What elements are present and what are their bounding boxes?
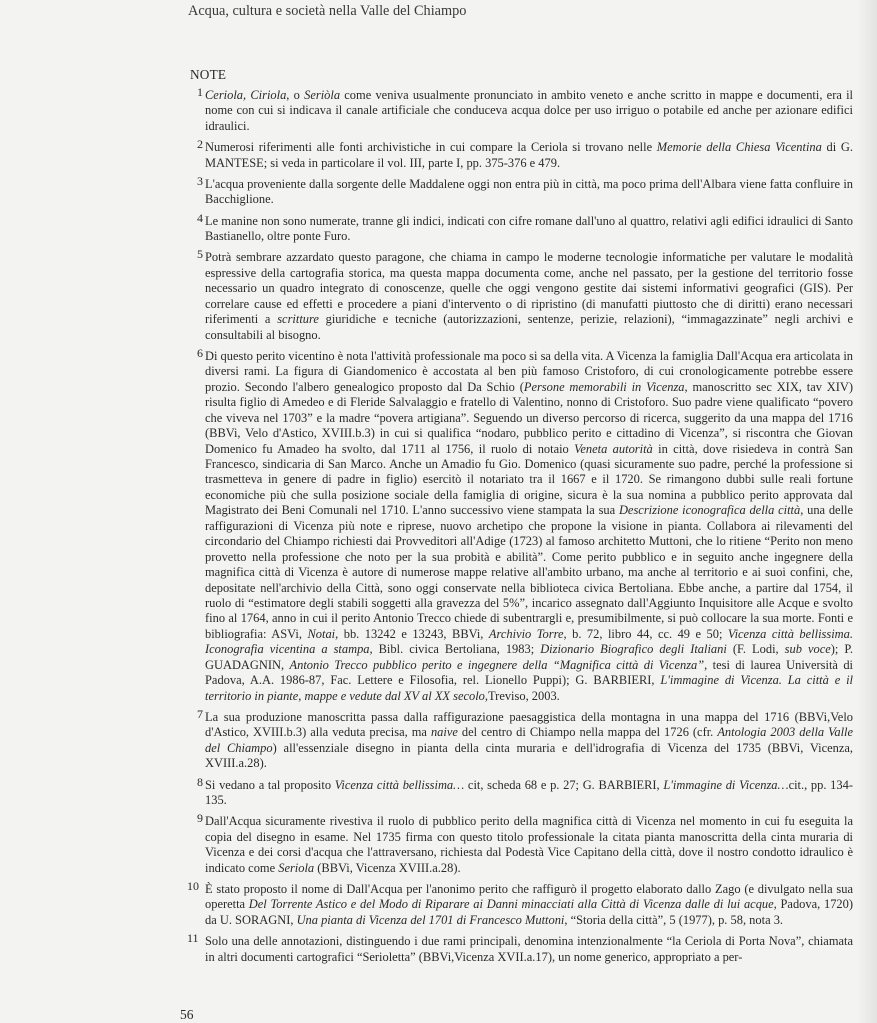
footnote-text: Dall'Acqua sicuramente rivestiva il ruol…	[205, 814, 853, 874]
page-number: 56	[180, 1007, 194, 1023]
footnote-5: 5Potrà sembrare azzardato questo paragon…	[190, 250, 853, 343]
italic-text: scritture	[277, 312, 319, 326]
page-edge-shadow	[857, 0, 877, 1023]
footnote-7: 7La sua produzione manoscritta passa dal…	[190, 710, 853, 772]
italic-text: Veneta autorità	[574, 442, 653, 456]
footnote-text: Solo una delle annotazioni, distinguendo…	[205, 934, 853, 963]
footnote-number: 5	[197, 248, 203, 260]
footnote-text: Potrà sembrare azzardato questo paragone…	[205, 250, 853, 341]
footnote-2: 2Numerosi riferimenti alle fonti archivi…	[190, 140, 853, 171]
text-segment: del centro di Chiampo nella mappa del 17…	[458, 725, 717, 739]
text-segment: cit, scheda 68 e p. 27; G. BARBIERI,	[464, 778, 663, 792]
italic-text: Una pianta di Vicenza del 1701 di France…	[297, 913, 565, 927]
italic-text: Del Torrente Astico e del Modo di Ripara…	[249, 897, 774, 911]
footnote-number: 7	[197, 708, 203, 720]
italic-text: Archivio Torre	[489, 627, 564, 641]
italic-text: L'immagine di Vicenza…	[663, 778, 788, 792]
footnote-text: Ceriola, Ciriola, o Seriòla come veniva …	[205, 88, 853, 133]
footnote-8: 8Si vedano a tal proposito Vicenza città…	[190, 778, 853, 809]
text-segment: Numerosi riferimenti alle fonti archivis…	[205, 140, 657, 154]
running-head: Acqua, cultura e società nella Valle del…	[188, 3, 466, 20]
footnote-6: 6Di questo perito vicentino è nota l'att…	[190, 349, 853, 704]
footnote-1: 1Ceriola, Ciriola, o Seriòla come veniva…	[190, 88, 853, 134]
footnote-9: 9Dall'Acqua sicuramente rivestiva il ruo…	[190, 814, 853, 876]
footnote-text: Di questo perito vicentino è nota l'atti…	[205, 349, 853, 703]
italic-text: Dizionario Biografico degli Italiani	[540, 642, 727, 656]
text-segment: (F. Lodi,	[727, 642, 785, 656]
footnote-text: Si vedano a tal proposito Vicenza città …	[205, 778, 853, 807]
footnote-10: 10È stato proposto il nome di Dall'Acqua…	[190, 882, 853, 928]
text-segment: , una delle raffigurazioni di Vicenza pi…	[205, 503, 853, 641]
text-segment: , bb. 13242 e 13243, BBVi,	[335, 627, 489, 641]
text-segment: Si vedano a tal proposito	[205, 778, 335, 792]
text-segment: Solo una delle annotazioni, distinguendo…	[205, 934, 853, 963]
text-segment: ,Treviso, 2003.	[485, 689, 560, 703]
footnote-number: 9	[197, 812, 203, 824]
footnote-number: 1	[197, 86, 203, 98]
italic-text: Memorie della Chiesa Vicentina	[657, 140, 822, 154]
footnote-text: L'acqua proveniente dalla sorgente delle…	[205, 177, 853, 206]
italic-text: Notai	[307, 627, 335, 641]
text-segment: (BBVi, Vicenza XVIII.a.28).	[314, 861, 460, 875]
italic-text: Antonio Trecco pubblico perito e ingegne…	[290, 658, 705, 672]
text-segment: L'acqua proveniente dalla sorgente delle…	[205, 177, 853, 206]
italic-text: Descrizione iconografica della città	[619, 503, 800, 517]
footnote-text: Numerosi riferimenti alle fonti archivis…	[205, 140, 853, 169]
italic-text: Persone memorabili in Vicenza	[524, 380, 685, 394]
text-segment: Le manine non sono numerate, tranne gli …	[205, 214, 853, 243]
footnote-3: 3L'acqua proveniente dalla sorgente dell…	[190, 177, 853, 208]
footnote-number: 2	[197, 138, 203, 150]
footnote-number: 10	[187, 880, 199, 892]
text-segment: , Bibl. civica Bertoliana, 1983;	[370, 642, 541, 656]
text-segment: ) all'essenziale disegno in pianta della…	[205, 741, 853, 770]
footnote-text: La sua produzione manoscritta passa dall…	[205, 710, 853, 770]
footnote-11: 11Solo una delle annotazioni, distinguen…	[190, 934, 853, 965]
footnote-text: Le manine non sono numerate, tranne gli …	[205, 214, 853, 243]
italic-text: Vicenza città bellissima…	[335, 778, 464, 792]
footnote-number: 6	[197, 347, 203, 359]
section-title: NOTE	[190, 67, 226, 83]
italic-text: Ceriola, Ciriola	[205, 88, 286, 102]
footnote-number: 8	[197, 776, 203, 788]
notes-list: 1Ceriola, Ciriola, o Seriòla come veniva…	[190, 88, 853, 971]
italic-text: Seriola	[278, 861, 314, 875]
text-segment: , “Storia della città”, 5 (1977), p. 58,…	[564, 913, 783, 927]
text-segment: , o	[286, 88, 304, 102]
footnote-number: 3	[197, 175, 203, 187]
italic-text: naive	[431, 725, 458, 739]
italic-text: Seriòla	[304, 88, 340, 102]
text-segment: , b. 72, libro 44, cc. 49 e 50;	[564, 627, 728, 641]
footnote-text: È stato proposto il nome di Dall'Acqua p…	[205, 882, 853, 927]
footnote-number: 11	[187, 932, 199, 944]
footnote-number: 4	[197, 212, 203, 224]
footnote-4: 4Le manine non sono numerate, tranne gli…	[190, 214, 853, 245]
italic-text: sub voce	[785, 642, 831, 656]
